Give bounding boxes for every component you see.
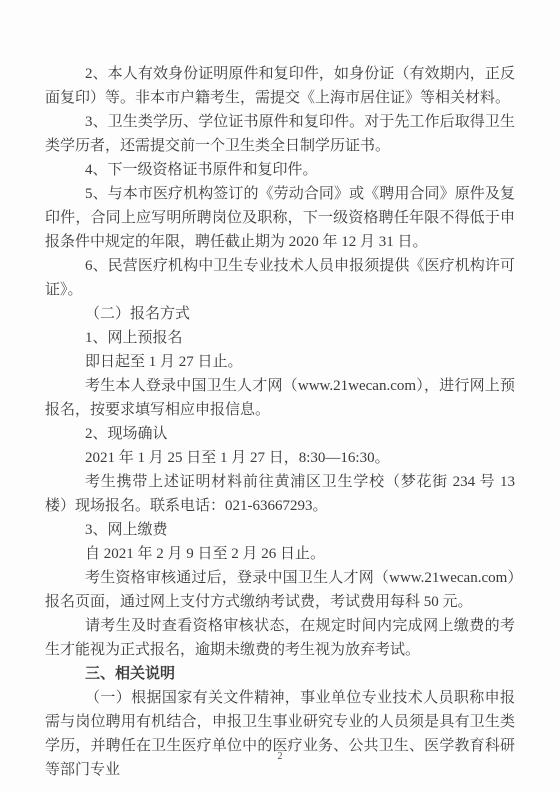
paragraph-payment-reminder: 请考生及时查看资格审核状态，在规定时间内完成网上缴费的考生才能视为正式报名，逾期… — [45, 614, 515, 662]
list-item-1-online-preregistration: 1、网上预报名 — [45, 326, 515, 350]
list-item-6-private-institution-license: 6、民营医疗机构中卫生专业技术人员申报须提供《医疗机构许可证》。 — [45, 254, 515, 302]
section-heading-related-notes: 三、相关说明 — [45, 662, 515, 686]
paragraph-preregistration-website: 考生本人登录中国卫生人才网（www.21wecan.com），进行网上预报名，按… — [45, 374, 515, 422]
paragraph-payment-period: 自 2021 年 2 月 9 日至 2 月 26 日止。 — [45, 542, 515, 566]
list-item-3-online-payment: 3、网上缴费 — [45, 518, 515, 542]
document-page: 2、本人有效身份证明原件和复印件，如身份证（有效期内，正反面复印）等。非本市户籍… — [0, 0, 560, 792]
paragraph-preregistration-deadline: 即日起至 1 月 27 日止。 — [45, 350, 515, 374]
list-item-2-onsite-confirmation: 2、现场确认 — [45, 422, 515, 446]
list-item-4-qualification-certificate: 4、下一级资格证书原件和复印件。 — [45, 158, 515, 182]
paragraph-payment-instructions: 考生资格审核通过后，登录中国卫生人才网（www.21wecan.com）报名页面… — [45, 566, 515, 614]
list-item-3-education-certificates: 3、卫生类学历、学位证书原件和复印件。对于先工作后取得卫生类学历者，还需提交前一… — [45, 110, 515, 158]
list-item-5-labor-contract: 5、与本市医疗机构签订的《劳动合同》或《聘用合同》原件及复印件，合同上应写明所聘… — [45, 182, 515, 254]
paragraph-confirmation-time: 2021 年 1 月 25 日至 1 月 27 日，8:30—16:30。 — [45, 446, 515, 470]
list-item-2-identity-documents: 2、本人有效身份证明原件和复印件，如身份证（有效期内，正反面复印）等。非本市户籍… — [45, 62, 515, 110]
page-number: 2 — [0, 750, 560, 764]
paragraph-confirmation-location: 考生携带上述证明材料前往黄浦区卫生学校（梦花街 234 号 13 楼）现场报名。… — [45, 470, 515, 518]
paragraph-note-1-title-requirements: （一）根据国家有关文件精神，事业单位专业技术人员职称申报需与岗位聘用有机结合，申… — [45, 686, 515, 782]
subsection-heading-registration-method: （二）报名方式 — [45, 302, 515, 326]
document-body: 2、本人有效身份证明原件和复印件，如身份证（有效期内，正反面复印）等。非本市户籍… — [45, 62, 515, 782]
